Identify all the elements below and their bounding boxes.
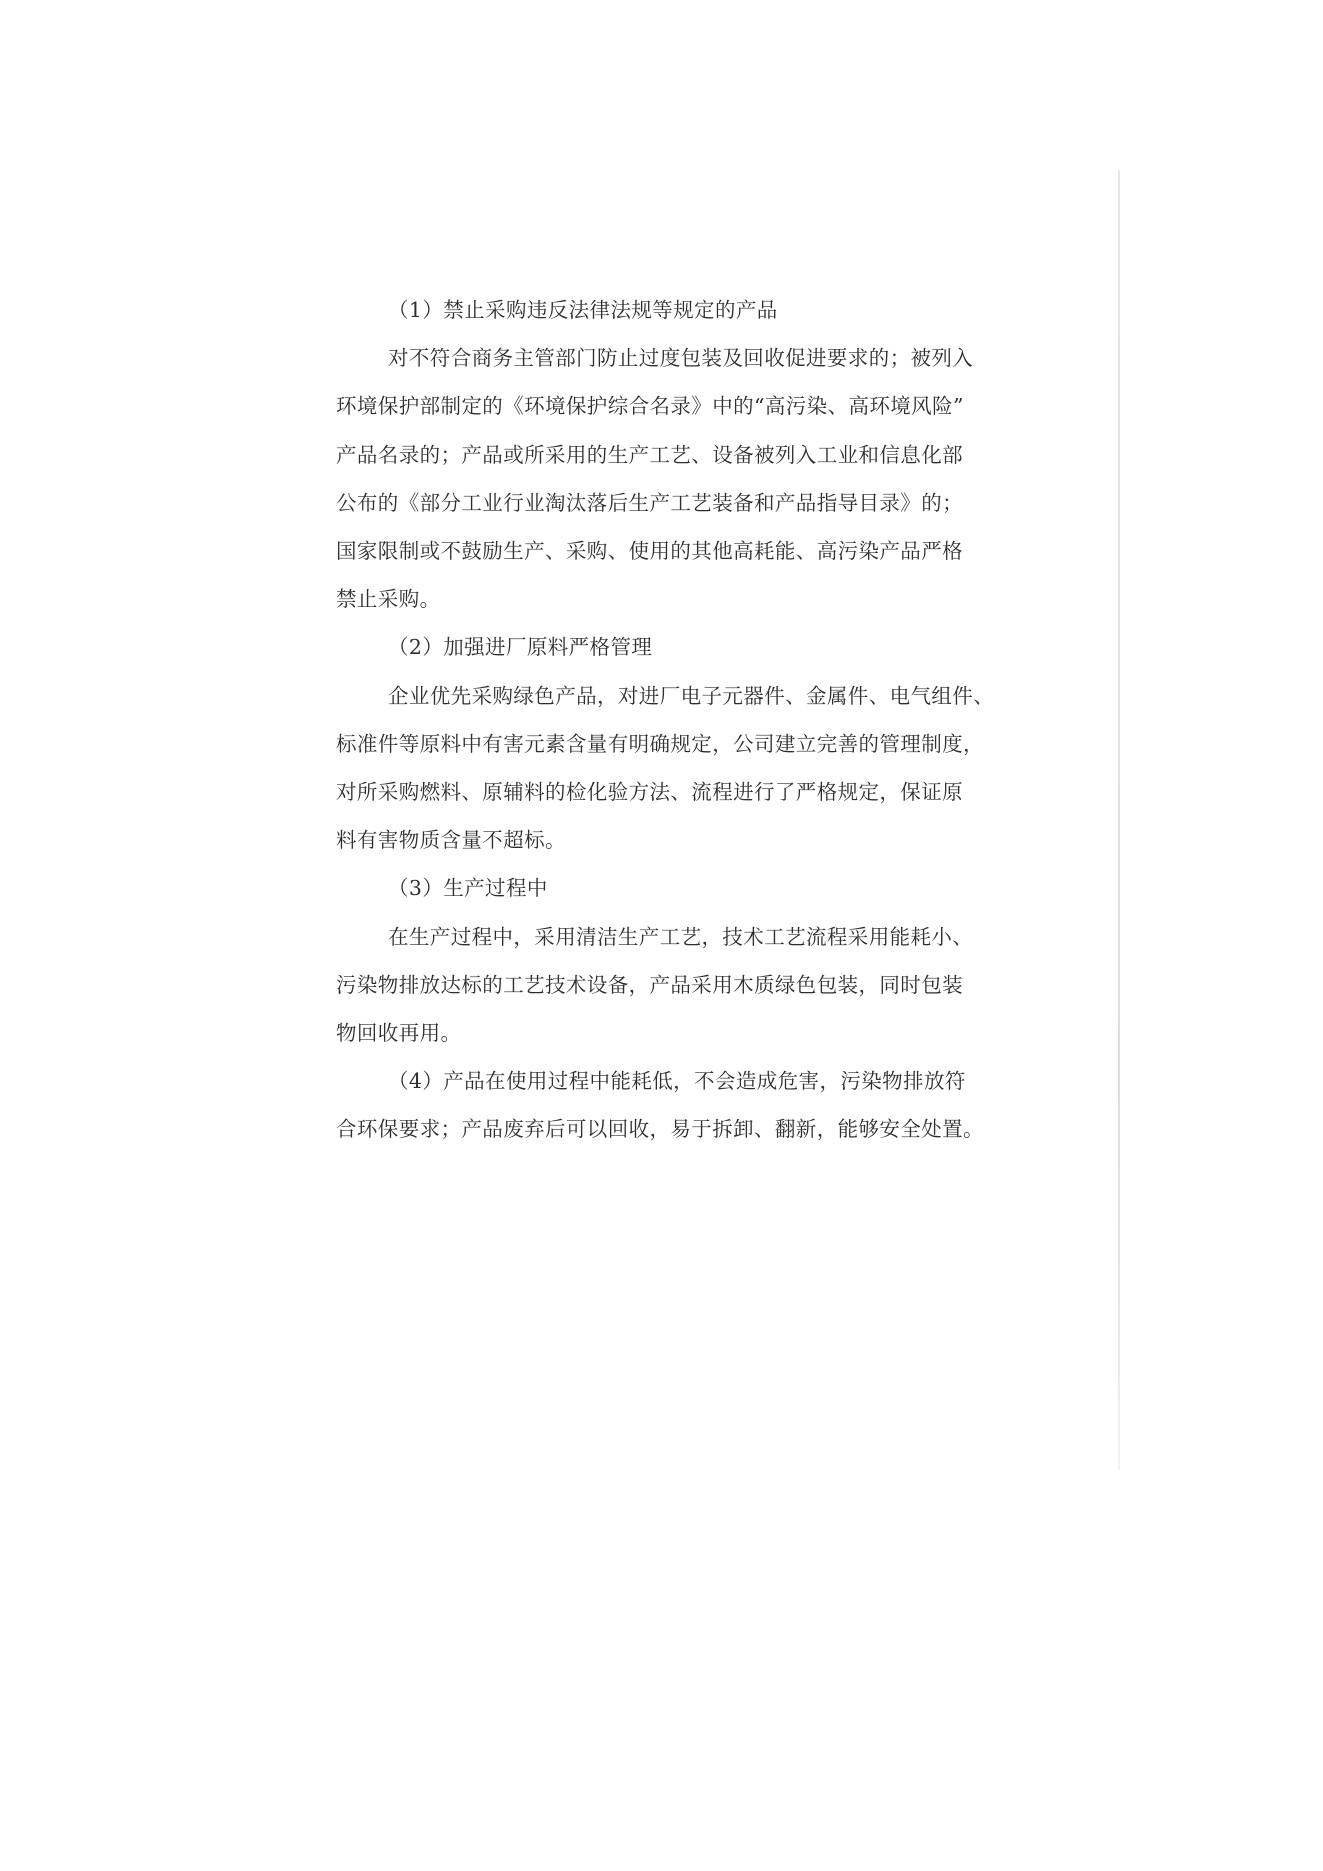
section-paragraph: 企业优先采购绿色产品，对进厂电子元器件、金属件、电气组件、 标准件等原料中有害元… bbox=[336, 672, 996, 865]
paragraph-line: 污染物排放达标的工艺技术设备，产品采用木质绿色包装，同时包装 bbox=[336, 961, 996, 1009]
paragraph-line: （4）产品在使用过程中能耗低，不会造成危害，污染物排放符 bbox=[336, 1057, 996, 1105]
document-body: （1）禁止采购违反法律法规等规定的产品 对不符合商务主管部门防止过度包装及回收促… bbox=[336, 286, 996, 1154]
section-3: （3）生产过程中 在生产过程中，采用清洁生产工艺，技术工艺流程采用能耗小、 污染… bbox=[336, 864, 996, 1057]
paragraph-line: 公布的《部分工业行业淘汰落后生产工艺装备和产品指导目录》的； bbox=[336, 479, 996, 527]
paragraph-line: 料有害物质含量不超标。 bbox=[336, 816, 996, 864]
paragraph-line: 在生产过程中，采用清洁生产工艺，技术工艺流程采用能耗小、 bbox=[336, 913, 996, 961]
page-edge-line bbox=[1118, 170, 1120, 1470]
paragraph-line: 对不符合商务主管部门防止过度包装及回收促进要求的；被列入 bbox=[336, 334, 996, 382]
paragraph-line: 标准件等原料中有害元素含量有明确规定，公司建立完善的管理制度， bbox=[336, 720, 996, 768]
scanned-document-page: （1）禁止采购违反法律法规等规定的产品 对不符合商务主管部门防止过度包装及回收促… bbox=[0, 0, 1323, 1871]
section-heading: （1）禁止采购违反法律法规等规定的产品 bbox=[336, 286, 996, 334]
paragraph-line: 环境保护部制定的《环境保护综合名录》中的“高污染、高环境风险” bbox=[336, 382, 996, 430]
paragraph-line: 企业优先采购绿色产品，对进厂电子元器件、金属件、电气组件、 bbox=[336, 672, 996, 720]
section-heading: （3）生产过程中 bbox=[336, 864, 996, 912]
paragraph-line: 国家限制或不鼓励生产、采购、使用的其他高耗能、高污染产品严格 bbox=[336, 527, 996, 575]
section-paragraph: （4）产品在使用过程中能耗低，不会造成危害，污染物排放符 合环保要求；产品废弃后… bbox=[336, 1057, 996, 1153]
section-4: （4）产品在使用过程中能耗低，不会造成危害，污染物排放符 合环保要求；产品废弃后… bbox=[336, 1057, 996, 1153]
paragraph-line: 对所采购燃料、原辅料的检化验方法、流程进行了严格规定，保证原 bbox=[336, 768, 996, 816]
section-1: （1）禁止采购违反法律法规等规定的产品 对不符合商务主管部门防止过度包装及回收促… bbox=[336, 286, 996, 623]
paragraph-line: 产品名录的；产品或所采用的生产工艺、设备被列入工业和信息化部 bbox=[336, 431, 996, 479]
paragraph-line: 物回收再用。 bbox=[336, 1009, 996, 1057]
section-paragraph: 在生产过程中，采用清洁生产工艺，技术工艺流程采用能耗小、 污染物排放达标的工艺技… bbox=[336, 913, 996, 1058]
paragraph-line: 禁止采购。 bbox=[336, 575, 996, 623]
paragraph-line: 合环保要求；产品废弃后可以回收，易于拆卸、翻新，能够安全处置。 bbox=[336, 1105, 996, 1153]
section-2: （2）加强进厂原料严格管理 企业优先采购绿色产品，对进厂电子元器件、金属件、电气… bbox=[336, 623, 996, 864]
section-heading: （2）加强进厂原料严格管理 bbox=[336, 623, 996, 671]
section-paragraph: 对不符合商务主管部门防止过度包装及回收促进要求的；被列入 环境保护部制定的《环境… bbox=[336, 334, 996, 623]
